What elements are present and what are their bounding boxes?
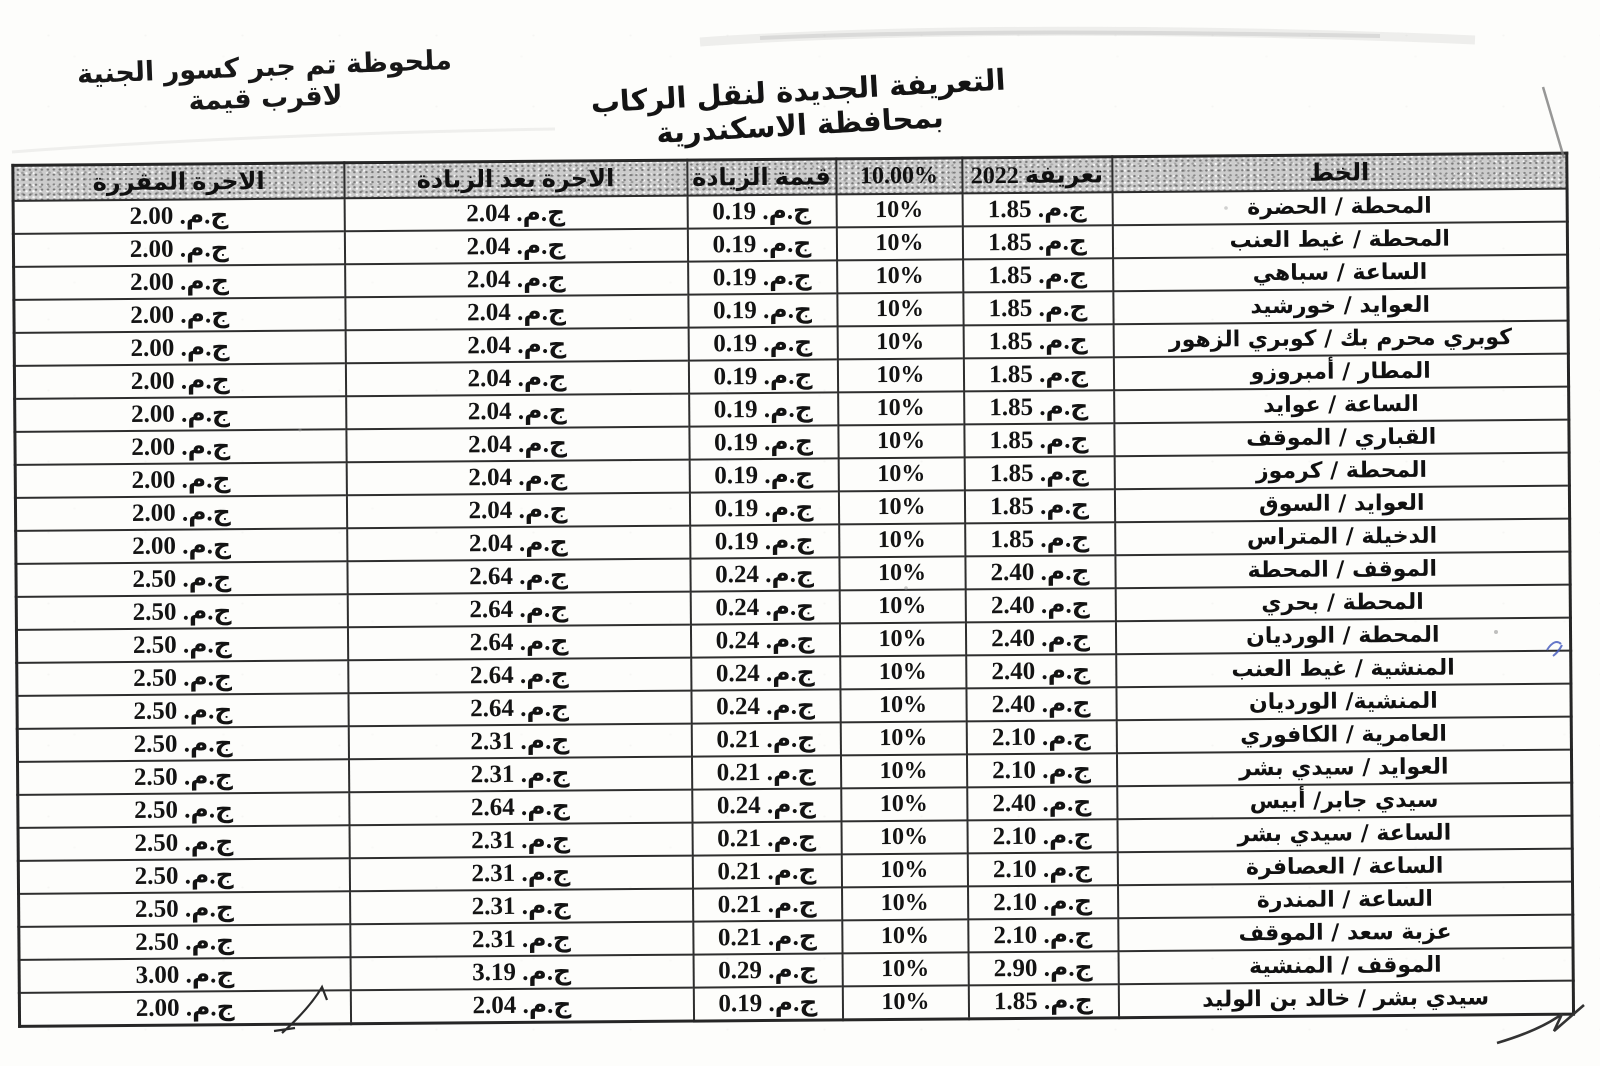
cell-route: المطار / أمبروزو: [1113, 354, 1568, 391]
cell-tariff-2022: ج.م. 2.10: [967, 852, 1117, 886]
cell-after-increase: ج.م. 2.04: [346, 394, 689, 430]
page-edge-artifact: [1543, 87, 1564, 158]
cell-after-increase: ج.م. 2.04: [344, 229, 687, 265]
cell-tariff-2022: ج.م. 1.85: [964, 456, 1114, 490]
cell-after-increase: ج.م. 2.04: [344, 196, 687, 232]
cell-tariff-2022: ج.م. 2.10: [968, 918, 1118, 952]
cell-tariff-2022: ج.م. 2.10: [966, 720, 1116, 754]
cell-increase: ج.م. 0.19: [689, 392, 838, 426]
header-approved-fare: الاجرة المقررة: [13, 163, 344, 201]
cell-tariff-2022: ج.م. 1.85: [964, 390, 1114, 424]
cell-approved-fare: ج.م. 2.50: [18, 858, 349, 894]
cell-percent: 10%: [837, 325, 963, 359]
cell-after-increase: ج.م. 2.31: [349, 823, 692, 859]
cell-percent: 10%: [842, 919, 968, 953]
cell-approved-fare: ج.م. 2.00: [13, 231, 344, 267]
cell-tariff-2022: ج.م. 1.85: [963, 258, 1113, 292]
cell-after-increase: ج.م. 2.31: [348, 757, 691, 793]
cell-percent: 10%: [840, 754, 966, 788]
cell-route: العامرية / الكافوري: [1116, 717, 1571, 754]
cell-after-increase: ج.م. 3.19: [350, 955, 693, 991]
cell-increase: ج.م. 0.19: [688, 326, 837, 360]
cell-percent: 10%: [839, 556, 965, 590]
cell-approved-fare: ج.م. 2.50: [17, 726, 348, 762]
cell-tariff-2022: ج.م. 2.40: [966, 654, 1116, 688]
cell-percent: 10%: [837, 292, 963, 326]
cell-increase: ج.م. 0.21: [691, 755, 840, 789]
cell-approved-fare: ج.م. 2.50: [16, 561, 347, 597]
cell-percent: 10%: [839, 622, 965, 656]
cell-approved-fare: ج.م. 2.50: [17, 693, 348, 729]
cell-increase: ج.م. 0.24: [691, 689, 840, 723]
cell-route: الموقف / المنشية: [1118, 948, 1573, 985]
cell-route: الساعة / عوايد: [1114, 387, 1569, 424]
cell-route: المحطة / غيط العنب: [1112, 222, 1567, 259]
cell-after-increase: ج.م. 2.64: [347, 559, 690, 595]
cell-percent: 10%: [840, 688, 966, 722]
cell-tariff-2022: ج.م. 2.10: [968, 885, 1118, 919]
cell-after-increase: ج.م. 2.04: [346, 493, 689, 529]
cell-approved-fare: ج.م. 2.00: [15, 495, 346, 531]
cell-percent: 10%: [839, 589, 965, 623]
cell-route: العوايد / خورشيد: [1113, 288, 1568, 325]
cell-approved-fare: ج.م. 2.00: [13, 198, 344, 234]
cell-tariff-2022: ج.م. 2.40: [965, 621, 1115, 655]
cell-increase: ج.م. 0.24: [690, 623, 839, 657]
cell-tariff-2022: ج.م. 1.85: [963, 324, 1113, 358]
cell-after-increase: ج.م. 2.04: [345, 361, 688, 397]
cell-after-increase: ج.م. 2.04: [345, 262, 688, 298]
cell-after-increase: ج.م. 2.04: [345, 295, 688, 331]
cell-percent: 10%: [840, 721, 966, 755]
cell-increase: ج.م. 0.19: [687, 227, 836, 261]
page-title: التعريفة الجديدة لنقل الركاب بمحافظة الا…: [542, 60, 1057, 156]
cell-after-increase: ج.م. 2.04: [345, 328, 688, 364]
cell-approved-fare: ج.م. 3.00: [19, 957, 350, 993]
cell-route: المحطة / الورديان: [1115, 618, 1570, 655]
cell-percent: 10%: [842, 985, 968, 1019]
cell-increase: ج.م. 0.21: [691, 722, 840, 756]
cell-route: الساعة / المندرة: [1118, 882, 1573, 919]
cell-approved-fare: ج.م. 2.50: [19, 924, 350, 960]
cell-route: المنشية / غيط العنب: [1116, 651, 1571, 688]
cell-approved-fare: ج.م. 2.50: [17, 660, 348, 696]
cell-tariff-2022: ج.م. 1.85: [968, 984, 1118, 1019]
cell-increase: ج.م. 0.19: [688, 293, 837, 327]
header-after-increase: الاجرة بعد الزيادة: [344, 160, 687, 198]
cell-route: المنشية/ الورديان: [1116, 684, 1571, 721]
cell-approved-fare: ج.م. 2.00: [14, 363, 345, 399]
tariff-table: الخط تعريفة 2022 10.00% قيمة الزيادة الا…: [11, 152, 1575, 1028]
cell-approved-fare: ج.م. 2.50: [18, 759, 349, 795]
cell-approved-fare: ج.م. 2.50: [18, 792, 349, 828]
cell-tariff-2022: ج.م. 1.85: [964, 489, 1114, 523]
cell-percent: 10%: [841, 787, 967, 821]
cell-tariff-2022: ج.م. 1.85: [962, 225, 1112, 259]
cell-after-increase: ج.م. 2.04: [346, 460, 689, 496]
cell-route: الساعة / العصافرة: [1117, 849, 1572, 886]
cell-tariff-2022: ج.م. 2.40: [967, 786, 1117, 820]
cell-percent: 10%: [841, 853, 967, 887]
cell-increase: ج.م. 0.19: [687, 194, 836, 228]
cell-tariff-2022: ج.م. 1.85: [962, 192, 1112, 226]
cell-route: سيدي جابر/ أبيس: [1117, 783, 1572, 820]
cell-percent: 10%: [838, 457, 964, 491]
cell-approved-fare: ج.م. 2.00: [16, 528, 347, 564]
cell-approved-fare: ج.م. 2.00: [19, 990, 350, 1026]
cell-increase: ج.م. 0.24: [692, 788, 841, 822]
cell-after-increase: ج.م. 2.64: [349, 790, 692, 826]
scanner-streak-top: [700, 31, 1475, 42]
cell-increase: ج.م. 0.29: [693, 953, 842, 987]
cell-route: المحطة / بحري: [1115, 585, 1570, 622]
cell-increase: ج.م. 0.19: [689, 425, 838, 459]
cell-percent: 10%: [838, 391, 964, 425]
header-percent: 10.00%: [836, 158, 962, 194]
cell-approved-fare: ج.م. 2.50: [16, 627, 347, 663]
cell-tariff-2022: ج.م. 1.85: [964, 423, 1114, 457]
tariff-table-wrap: الخط تعريفة 2022 10.00% قيمة الزيادة الا…: [11, 152, 1572, 1028]
cell-approved-fare: ج.م. 2.00: [15, 429, 346, 465]
cell-after-increase: ج.م. 2.04: [346, 427, 689, 463]
scanner-streak-top-2: [760, 33, 1380, 39]
cell-increase: ج.م. 0.19: [693, 986, 842, 1021]
cell-after-increase: ج.م. 2.31: [350, 889, 693, 925]
cell-tariff-2022: ج.م. 2.40: [965, 555, 1115, 589]
header-route: الخط: [1112, 153, 1567, 192]
cell-increase: ج.م. 0.24: [690, 557, 839, 591]
cell-approved-fare: ج.م. 2.50: [16, 594, 347, 630]
cell-approved-fare: ج.م. 2.00: [15, 462, 346, 498]
cell-increase: ج.م. 0.19: [689, 458, 838, 492]
cell-route: كوبري محرم بك / كوبري الزهور: [1113, 321, 1568, 358]
cell-tariff-2022: ج.م. 1.85: [963, 291, 1113, 325]
cell-percent: 10%: [837, 358, 963, 392]
cell-increase: ج.م. 0.24: [691, 656, 840, 690]
cell-increase: ج.م. 0.19: [688, 260, 837, 294]
cell-percent: 10%: [838, 490, 964, 524]
cell-percent: 10%: [841, 820, 967, 854]
cell-increase: ج.م. 0.19: [690, 524, 839, 558]
cell-route: الدخيلة / المتراس: [1115, 519, 1570, 556]
cell-percent: 10%: [837, 259, 963, 293]
cell-route: الساعة / سباهي: [1113, 255, 1568, 292]
cell-after-increase: ج.م. 2.64: [348, 691, 691, 727]
cell-after-increase: ج.م. 2.31: [350, 922, 693, 958]
cell-percent: 10%: [842, 952, 968, 986]
header-tariff-2022: تعريفة 2022: [962, 157, 1112, 194]
cell-increase: ج.م. 0.21: [692, 854, 841, 888]
cell-approved-fare: ج.م. 2.00: [14, 330, 345, 366]
cell-after-increase: ج.م. 2.04: [350, 988, 693, 1024]
cell-tariff-2022: ج.م. 2.40: [965, 588, 1115, 622]
cell-percent: 10%: [842, 886, 968, 920]
cell-route: عزبة سعد / الموقف: [1118, 915, 1573, 952]
cell-route: العوايد / السوق: [1114, 486, 1569, 523]
cell-percent: 10%: [839, 523, 965, 557]
cell-after-increase: ج.م. 2.31: [349, 856, 692, 892]
cell-route: العوايد / سيدي بشر: [1116, 750, 1571, 787]
table-body: المحطة / الحضرةج.م. 1.8510%ج.م. 0.19ج.م.…: [13, 189, 1573, 1027]
cell-approved-fare: ج.م. 2.50: [18, 825, 349, 861]
header-increase: قيمة الزيادة: [687, 159, 836, 196]
cell-increase: ج.م. 0.21: [692, 821, 841, 855]
rounding-note: ملحوظة تم جبر كسور الجنية لاقرب قيمة: [49, 44, 481, 122]
scanned-document-sheet: ملحوظة تم جبر كسور الجنية لاقرب قيمة الت…: [0, 0, 1600, 1066]
cell-route: سيدي بشر / خالد بن الوليد: [1118, 981, 1573, 1018]
cell-after-increase: ج.م. 2.64: [348, 658, 691, 694]
cell-route: المحطة / كرموز: [1114, 453, 1569, 490]
cell-after-increase: ج.م. 2.04: [347, 526, 690, 562]
cell-increase: ج.م. 0.21: [693, 887, 842, 921]
cell-percent: 10%: [836, 226, 962, 260]
cell-approved-fare: ج.م. 2.00: [15, 396, 346, 432]
cell-tariff-2022: ج.م. 1.85: [963, 357, 1113, 391]
cell-increase: ج.م. 0.19: [689, 491, 838, 525]
cell-route: الساعة / سيدي بشر: [1117, 816, 1572, 853]
cell-route: الموقف / المحطة: [1115, 552, 1570, 589]
cell-percent: 10%: [836, 193, 962, 227]
cell-after-increase: ج.م. 2.31: [348, 724, 691, 760]
cell-tariff-2022: ج.م. 2.10: [966, 753, 1116, 787]
cell-approved-fare: ج.م. 2.00: [14, 297, 345, 333]
cell-percent: 10%: [838, 424, 964, 458]
cell-increase: ج.م. 0.21: [693, 920, 842, 954]
cell-after-increase: ج.م. 2.64: [347, 592, 690, 628]
cell-route: المحطة / الحضرة: [1112, 189, 1567, 226]
cell-route: القباري / الموقف: [1114, 420, 1569, 457]
cell-approved-fare: ج.م. 2.00: [14, 264, 345, 300]
cell-after-increase: ج.م. 2.64: [347, 625, 690, 661]
cell-percent: 10%: [840, 655, 966, 689]
cell-tariff-2022: ج.م. 2.10: [967, 819, 1117, 853]
cell-tariff-2022: ج.م. 1.85: [965, 522, 1115, 556]
cell-increase: ج.م. 0.24: [690, 590, 839, 624]
cell-tariff-2022: ج.م. 2.40: [966, 687, 1116, 721]
cell-approved-fare: ج.م. 2.50: [19, 891, 350, 927]
scanner-streak-left: [12, 129, 555, 152]
cell-increase: ج.م. 0.19: [688, 359, 837, 393]
cell-tariff-2022: ج.م. 2.90: [968, 951, 1118, 985]
